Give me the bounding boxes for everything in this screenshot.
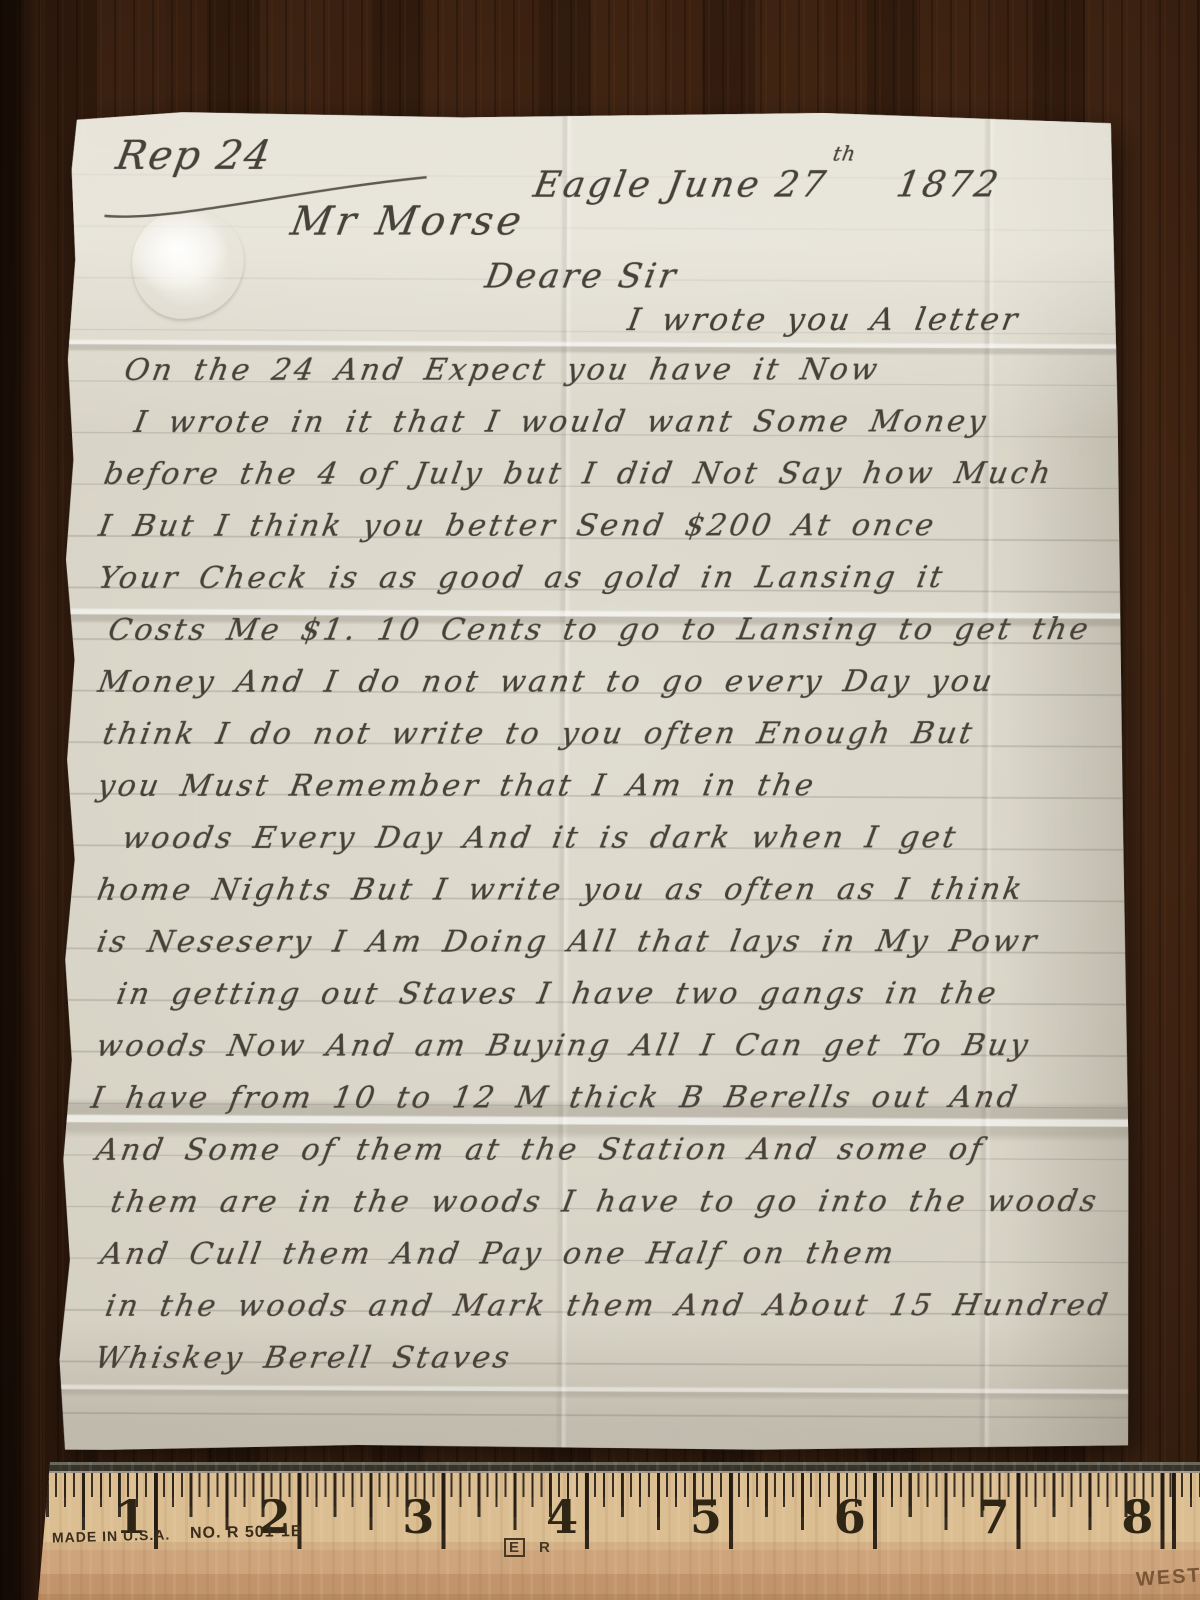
ruler-made-in-label: MADE IN U.S.A.	[52, 1526, 171, 1545]
ruler-brand-partial: WESTC	[1135, 1563, 1200, 1592]
handwritten-line: I have from 10 to 12 M thick B Berells o…	[89, 1080, 1023, 1116]
ruler-inch-number: 6	[834, 1494, 866, 1540]
ruler-inch-number: 8	[1121, 1494, 1153, 1540]
handwritten-line: And Some of them at the Station And some…	[93, 1132, 987, 1168]
wooden-ruler: 12345678 MADE IN U.S.A. NO. R 501-1B ER …	[38, 1462, 1200, 1600]
handwritten-line: And Cull them And Pay one Half on them	[98, 1236, 899, 1272]
ruler-stamp-marks: ER	[504, 1538, 551, 1557]
photo-of-letter: { "letter": { "annotation": "Rep 24", "d…	[0, 0, 1200, 1600]
handwritten-line: On the 24 And Expect you have it Now	[122, 352, 883, 388]
handwritten-line: in the woods and Mark them And About 15 …	[103, 1288, 1113, 1324]
handwritten-line: before the 4 of July but I did Not Say h…	[101, 456, 1056, 492]
handwritten-line: woods Now And am Buying All I Can get To…	[94, 1028, 1034, 1064]
letter-salutation: Deare Sir	[482, 256, 681, 296]
handwritten-line: Money And I do not want to go every Day …	[95, 664, 997, 700]
ruler-model-number: NO. R 501-1B	[190, 1523, 304, 1543]
ruler-inch-number: 3	[402, 1494, 434, 1540]
handwritten-line: think I do not write to you often Enough…	[100, 716, 978, 752]
letter-paper: Rep 24 Eagle June 27th1872 Mr Morse Dear…	[57, 110, 1138, 1455]
handwritten-line: I wrote in it that I would want Some Mon…	[131, 404, 991, 440]
handwritten-line: in getting out Staves I have two gangs i…	[114, 976, 1002, 1012]
dateline-superscript: th	[831, 141, 858, 165]
tape-residue-blob	[127, 205, 249, 324]
dateline-place-day: Eagle June 27	[531, 164, 832, 205]
letter-dateline: Eagle June 27th1872	[531, 141, 1009, 205]
handwritten-line: Costs Me $1. 10 Cents to go to Lansing t…	[106, 612, 1094, 648]
dateline-year: 1872	[893, 164, 1004, 205]
handwritten-line: is Nesesery I Am Doing All that lays in …	[94, 924, 1042, 960]
ruler-inch-number: 7	[978, 1494, 1010, 1540]
ruler-inch-number: 5	[690, 1494, 722, 1540]
handwritten-line: home Nights But I write you as often as …	[94, 872, 1027, 908]
handwritten-line: Whiskey Berell Staves	[92, 1340, 514, 1375]
ruler-stamp-r: R	[539, 1539, 551, 1556]
letter-opening-line: I wrote you A letter	[625, 302, 1023, 338]
handwritten-line: I But I think you better Send $200 At on…	[96, 508, 939, 544]
handwritten-line: you Must Remember that I Am in the	[95, 768, 819, 804]
letter-recipient: Mr Morse	[287, 198, 528, 244]
handwritten-line: them are in the woods I have to go into …	[108, 1184, 1102, 1220]
ruler-inch-number: 4	[546, 1494, 578, 1540]
ruler-stamp-boxed-e: E	[504, 1538, 525, 1557]
handwritten-line: Your Check is as good as gold in Lansing…	[96, 560, 948, 596]
letter-paper-wrap: Rep 24 Eagle June 27th1872 Mr Morse Dear…	[57, 110, 1138, 1455]
handwritten-line: woods Every Day And it is dark when I ge…	[120, 820, 961, 856]
